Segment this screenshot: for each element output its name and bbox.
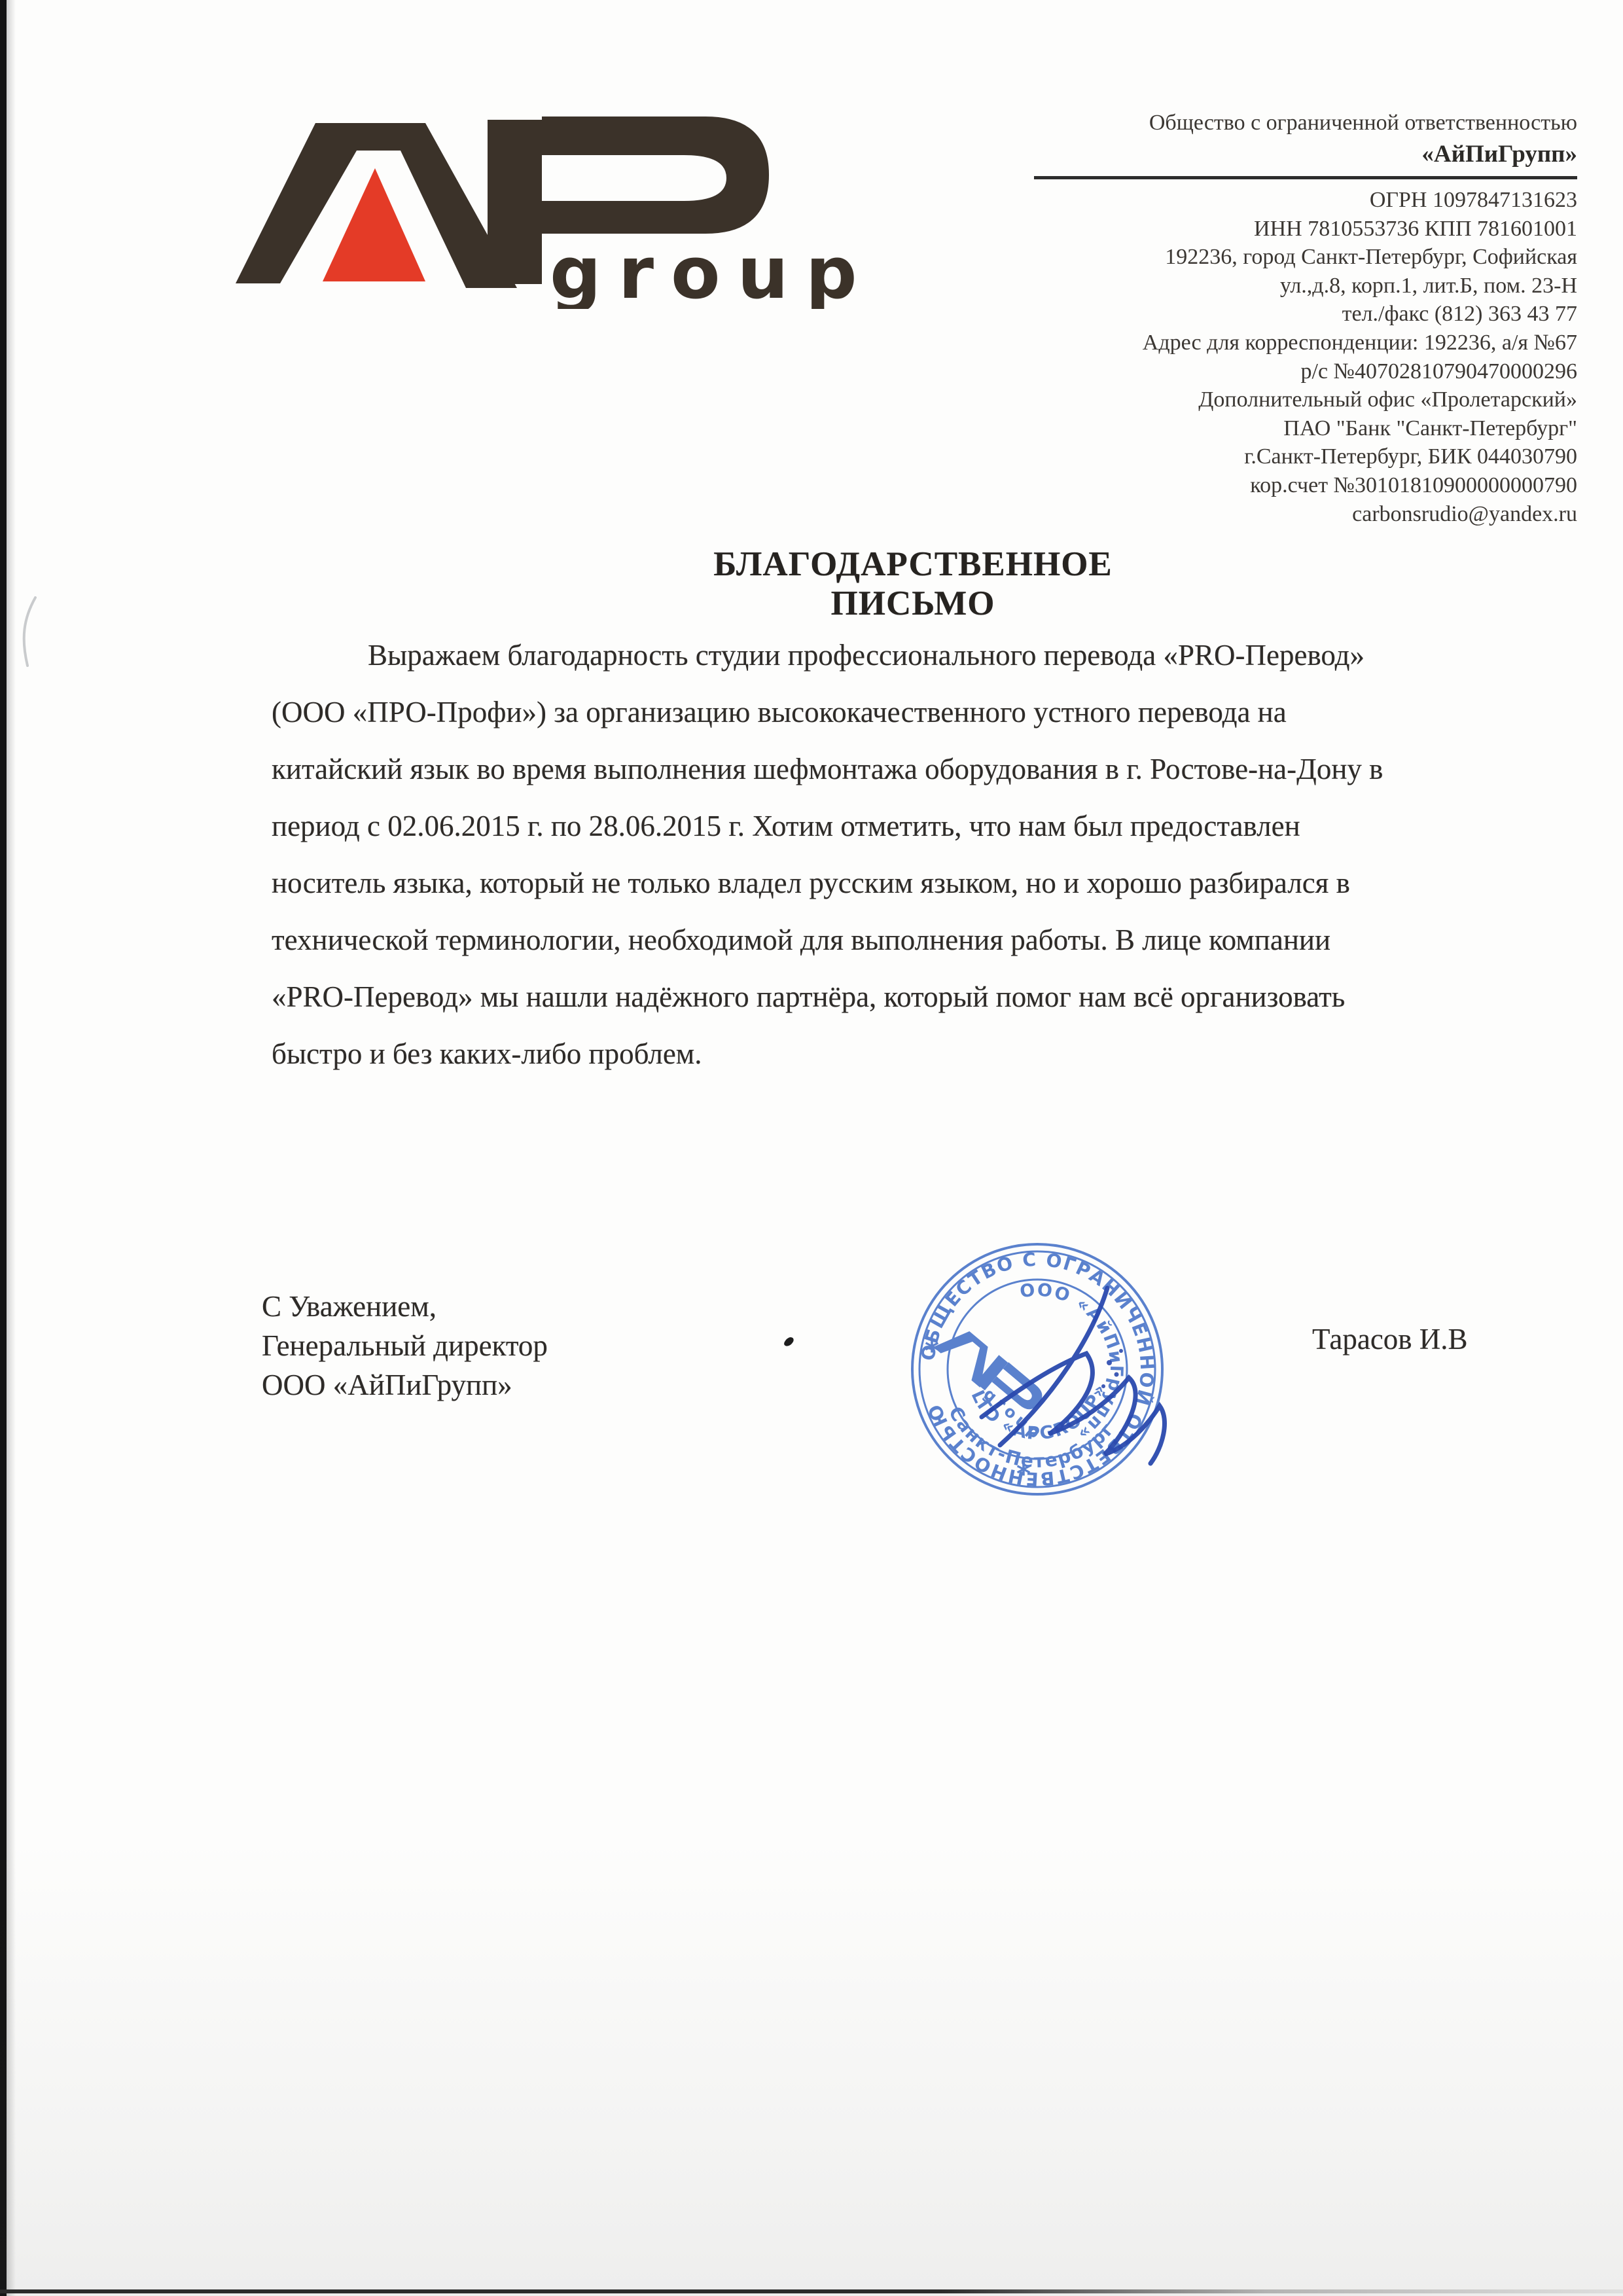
letterhead-detail: ОГРН 1097847131623 bbox=[1034, 186, 1577, 215]
letterhead-detail: р/с №40702810790470000296 bbox=[1034, 357, 1577, 386]
letterhead-rule bbox=[1034, 176, 1577, 179]
letterhead-detail: Адрес для корреспонденции: 192236, а/я №… bbox=[1034, 329, 1577, 357]
closing-block: С Уважением, Генеральный директор ООО «А… bbox=[262, 1287, 548, 1405]
body-line: быстро и без каких-либо проблем. bbox=[272, 1026, 1502, 1083]
letterhead-detail: ПАО "Банк "Санкт-Петербург" bbox=[1034, 414, 1577, 443]
scan-edge-bottom bbox=[0, 2289, 1623, 2293]
letterhead: Общество с ограниченной ответственностью… bbox=[1034, 109, 1577, 528]
closing-position: Генеральный директор bbox=[262, 1326, 548, 1365]
body-line: носитель языка, который не только владел… bbox=[272, 855, 1502, 912]
letterhead-detail: кор.счет №30101810900000000790 bbox=[1034, 471, 1577, 500]
body-line: Выражаем благодарность студии профессион… bbox=[272, 627, 1502, 684]
signer-name: Тарасов И.В bbox=[1312, 1322, 1468, 1356]
document-title: БЛАГОДАРСТВЕННОЕ ПИСЬМО bbox=[648, 545, 1178, 623]
letterhead-detail: 192236, город Санкт-Петербург, Софийская bbox=[1034, 243, 1577, 272]
body-line: период с 02.06.2015 г. по 28.06.2015 г. … bbox=[272, 798, 1502, 855]
letterhead-email: carbonsrudio@yandex.ru bbox=[1034, 500, 1577, 529]
scanned-letter-page: group Общество с ограниченной ответствен… bbox=[0, 0, 1623, 2296]
body-line: «PRO-Перевод» мы нашли надёжного партнёр… bbox=[272, 969, 1502, 1026]
letterhead-detail: ИНН 7810553736 КПП 781601001 bbox=[1034, 215, 1577, 243]
ap-group-logo: group bbox=[236, 113, 883, 309]
scan-scratch-mark bbox=[16, 592, 42, 671]
org-name-line: «АйПиГрупп» bbox=[1034, 140, 1577, 169]
org-type-line: Общество с ограниченной ответственностью bbox=[1034, 109, 1577, 137]
body-line: технической терминологии, необходимой дл… bbox=[272, 912, 1502, 969]
ink-speck bbox=[783, 1335, 795, 1348]
handwritten-signature bbox=[903, 1237, 1191, 1512]
letterhead-detail: г.Санкт-Петербург, БИК 044030790 bbox=[1034, 442, 1577, 471]
letterhead-detail: ул.,д.8, корп.1, лит.Б, пом. 23-Н bbox=[1034, 272, 1577, 300]
letter-body: Выражаем благодарность студии профессион… bbox=[272, 627, 1502, 1083]
body-line: китайский язык во время выполнения шефмо… bbox=[272, 741, 1502, 798]
body-line: (ООО «ПРО-Профи») за организацию высокок… bbox=[272, 684, 1502, 741]
letterhead-detail: тел./факс (812) 363 43 77 bbox=[1034, 300, 1577, 329]
closing-regards: С Уважением, bbox=[262, 1287, 548, 1326]
scan-bottom-shading bbox=[0, 1838, 1623, 2296]
logo-group-label: group bbox=[550, 231, 874, 309]
letterhead-detail: Дополнительный офис «Пролетарский» bbox=[1034, 386, 1577, 414]
logo-red-triangle bbox=[323, 168, 425, 281]
closing-company: ООО «АйПиГрупп» bbox=[262, 1365, 548, 1405]
